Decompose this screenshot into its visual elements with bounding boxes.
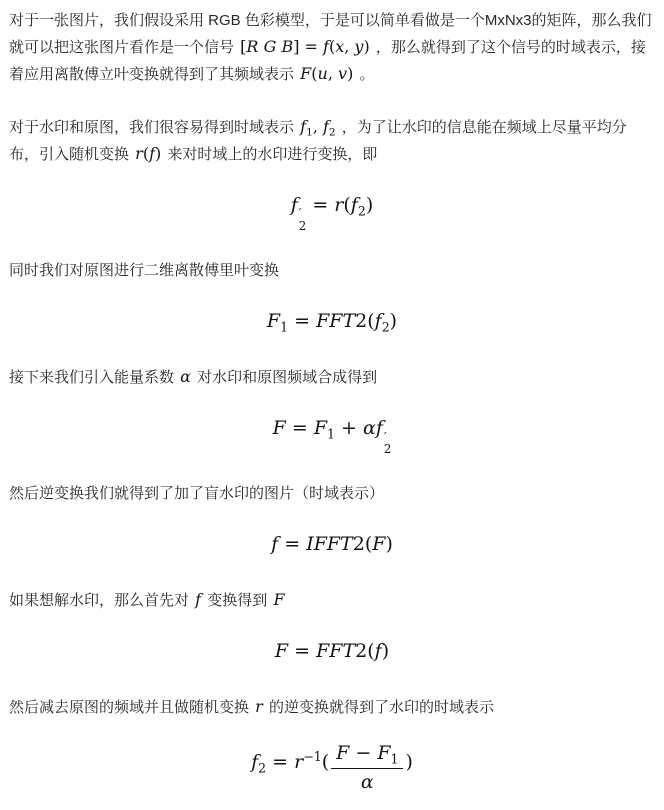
math-operator: 2( (355, 640, 375, 662)
fraction-numerator: F − F1 (331, 743, 403, 769)
math-operator: ) (347, 64, 353, 83)
paragraph: 对于一张图片，我们假设采用 RGB 色彩模型，于是可以简单看做是一个MxNx3的… (9, 8, 655, 88)
paragraph: 如果想解水印，那么首先对 f 变换得到 F (9, 587, 655, 614)
inline-math: f (193, 590, 203, 609)
math-operator: ( (322, 751, 329, 773)
inline-math: F (271, 590, 286, 609)
inline-math: r (253, 697, 265, 716)
math-symbol: v (338, 64, 347, 83)
display-formula: F = F1 + αf′2 (9, 413, 655, 455)
math-symbol: f (375, 310, 382, 332)
text-run: 对水印和原图频域合成得到 (193, 369, 377, 386)
math-script-stack: ′2 (384, 431, 392, 456)
math-operator: = (288, 640, 316, 662)
math-symbol: f (375, 640, 382, 662)
math-operator: ) (405, 751, 412, 773)
math-operator: , (344, 37, 354, 56)
math-symbol: r (334, 194, 343, 216)
math-symbol: u (318, 64, 328, 83)
math-symbol: x (335, 37, 344, 56)
math-subscript: 2 (358, 203, 366, 218)
math-subscript: 2 (382, 320, 390, 335)
math-subscript: 2 (384, 443, 392, 455)
math-symbol: B (281, 37, 293, 56)
text-run: 来对时域上的水印进行变换，即 (163, 146, 377, 163)
math-operator: = (288, 310, 316, 332)
math-symbol: F (314, 417, 327, 439)
display-formula: F1 = FFT2(f2) (9, 306, 655, 338)
text-run: 接下来我们引入能量系数 (9, 369, 178, 386)
math-operator: ( (343, 194, 350, 216)
paragraph: 接下来我们引入能量系数 α 对水印和原图频域合成得到 (9, 364, 655, 391)
math-symbol: α (361, 771, 374, 793)
text-run: 的逆变换就得到了水印的时域表示 (265, 699, 494, 716)
display-formula: f = IFFT2(F) (9, 529, 655, 561)
math-operator: = (278, 533, 306, 555)
formula-math: f′2 = r(f2) (291, 194, 374, 216)
math-operator: = (286, 417, 314, 439)
math-operator: = (266, 751, 294, 773)
math-symbol: FFT (316, 640, 355, 662)
math-subscript: 1 (327, 427, 335, 442)
math-operator: + (335, 417, 363, 439)
math-symbol: F (267, 310, 280, 332)
text-run: 然后减去原图的频域并且做随机变换 (9, 699, 253, 716)
math-operator: ) (385, 533, 392, 555)
math-operator: ] = (293, 37, 323, 56)
text-run: 。 (355, 66, 374, 83)
math-symbol: F (273, 590, 284, 609)
math-sub-sup-group: f′2 (291, 190, 307, 232)
display-formula: f′2 = r(f2) (9, 190, 655, 232)
math-symbol: FFT (316, 310, 355, 332)
math-operator: ) (155, 144, 161, 163)
formula-math: F1 = FFT2(f2) (267, 310, 397, 332)
math-operator: 2( (355, 310, 375, 332)
math-symbol: F (372, 533, 385, 555)
inline-math: [R G B] = f(x, y) (238, 37, 372, 56)
formula-math: f = IFFT2(F) (271, 533, 393, 555)
inline-math: α (178, 367, 193, 386)
math-subscript: 1 (280, 320, 288, 335)
text-run: 对于水印和原图，我们很容易得到时域表示 (9, 119, 298, 136)
math-operator: , (328, 64, 338, 83)
text-run: 变换得到 (203, 592, 271, 609)
inline-math: F(u, v) (298, 64, 355, 83)
math-symbol: f (376, 417, 383, 439)
article: 对于一张图片，我们假设采用 RGB 色彩模型，于是可以简单看做是一个MxNx3的… (0, 0, 664, 810)
math-superscript: −1 (303, 749, 321, 764)
formula-math: f2 = r−1(F − F1α) (251, 751, 413, 773)
math-symbol: r (255, 697, 263, 716)
math-symbol: R (246, 37, 258, 56)
text-run: 然后逆变换我们就得到了加了盲水印的图片（时域表示） (9, 485, 384, 502)
math-symbol: G (264, 37, 277, 56)
math-subscript: 2 (299, 220, 307, 232)
math-symbol: F (336, 742, 349, 764)
math-operator: 2( (353, 533, 373, 555)
formula-math: F = FFT2(f) (275, 640, 389, 662)
math-subscript: 2 (329, 127, 336, 139)
display-formula: F = FFT2(f) (9, 636, 655, 668)
math-operator: − (349, 742, 377, 764)
math-operator: ) (366, 194, 373, 216)
paragraph: 同时我们对原图进行二维离散傅里叶变换 (9, 258, 655, 284)
math-symbol: F (275, 640, 288, 662)
display-formula: f2 = r−1(F − F1α) (9, 743, 655, 794)
math-operator: ) (382, 640, 389, 662)
math-symbol: IFFT (306, 533, 353, 555)
math-symbol: F (377, 742, 390, 764)
inline-math: r(f) (133, 144, 163, 163)
fraction-denominator: α (331, 769, 403, 794)
math-symbol: r (294, 751, 303, 773)
paragraph: 然后减去原图的频域并且做随机变换 r 的逆变换就得到了水印的时域表示 (9, 694, 655, 721)
paragraph: 然后逆变换我们就得到了加了盲水印的图片（时域表示） (9, 481, 655, 507)
article-body: 对于一张图片，我们假设采用 RGB 色彩模型，于是可以简单看做是一个MxNx3的… (9, 8, 655, 794)
math-symbol: f (291, 194, 298, 216)
math-symbol: f (351, 194, 358, 216)
math-symbol: r (135, 144, 143, 163)
text-run: 同时我们对原图进行二维离散傅里叶变换 (9, 262, 279, 279)
paragraph: 对于水印和原图，我们很容易得到时域表示 f1, f2 ，为了让水印的信息能在频域… (9, 114, 655, 168)
math-operator: , (313, 117, 323, 136)
math-subscript: 1 (391, 752, 399, 767)
math-subscript: 1 (306, 127, 313, 139)
math-sub-sup-group: f′2 (376, 413, 392, 455)
math-fraction: F − F1α (331, 743, 403, 794)
math-symbol: f (195, 590, 201, 609)
math-symbol: F (273, 417, 286, 439)
math-operator: ) (363, 37, 369, 56)
inline-math: f1, f2 (298, 117, 337, 136)
math-operator: = (306, 194, 334, 216)
formula-math: F = F1 + αf′2 (273, 417, 392, 439)
math-symbol: F (300, 64, 311, 83)
text-run: 如果想解水印，那么首先对 (9, 592, 193, 609)
math-operator: ) (390, 310, 397, 332)
math-symbol: α (363, 417, 376, 439)
math-symbol: α (180, 367, 191, 386)
math-subscript: 2 (258, 761, 266, 776)
